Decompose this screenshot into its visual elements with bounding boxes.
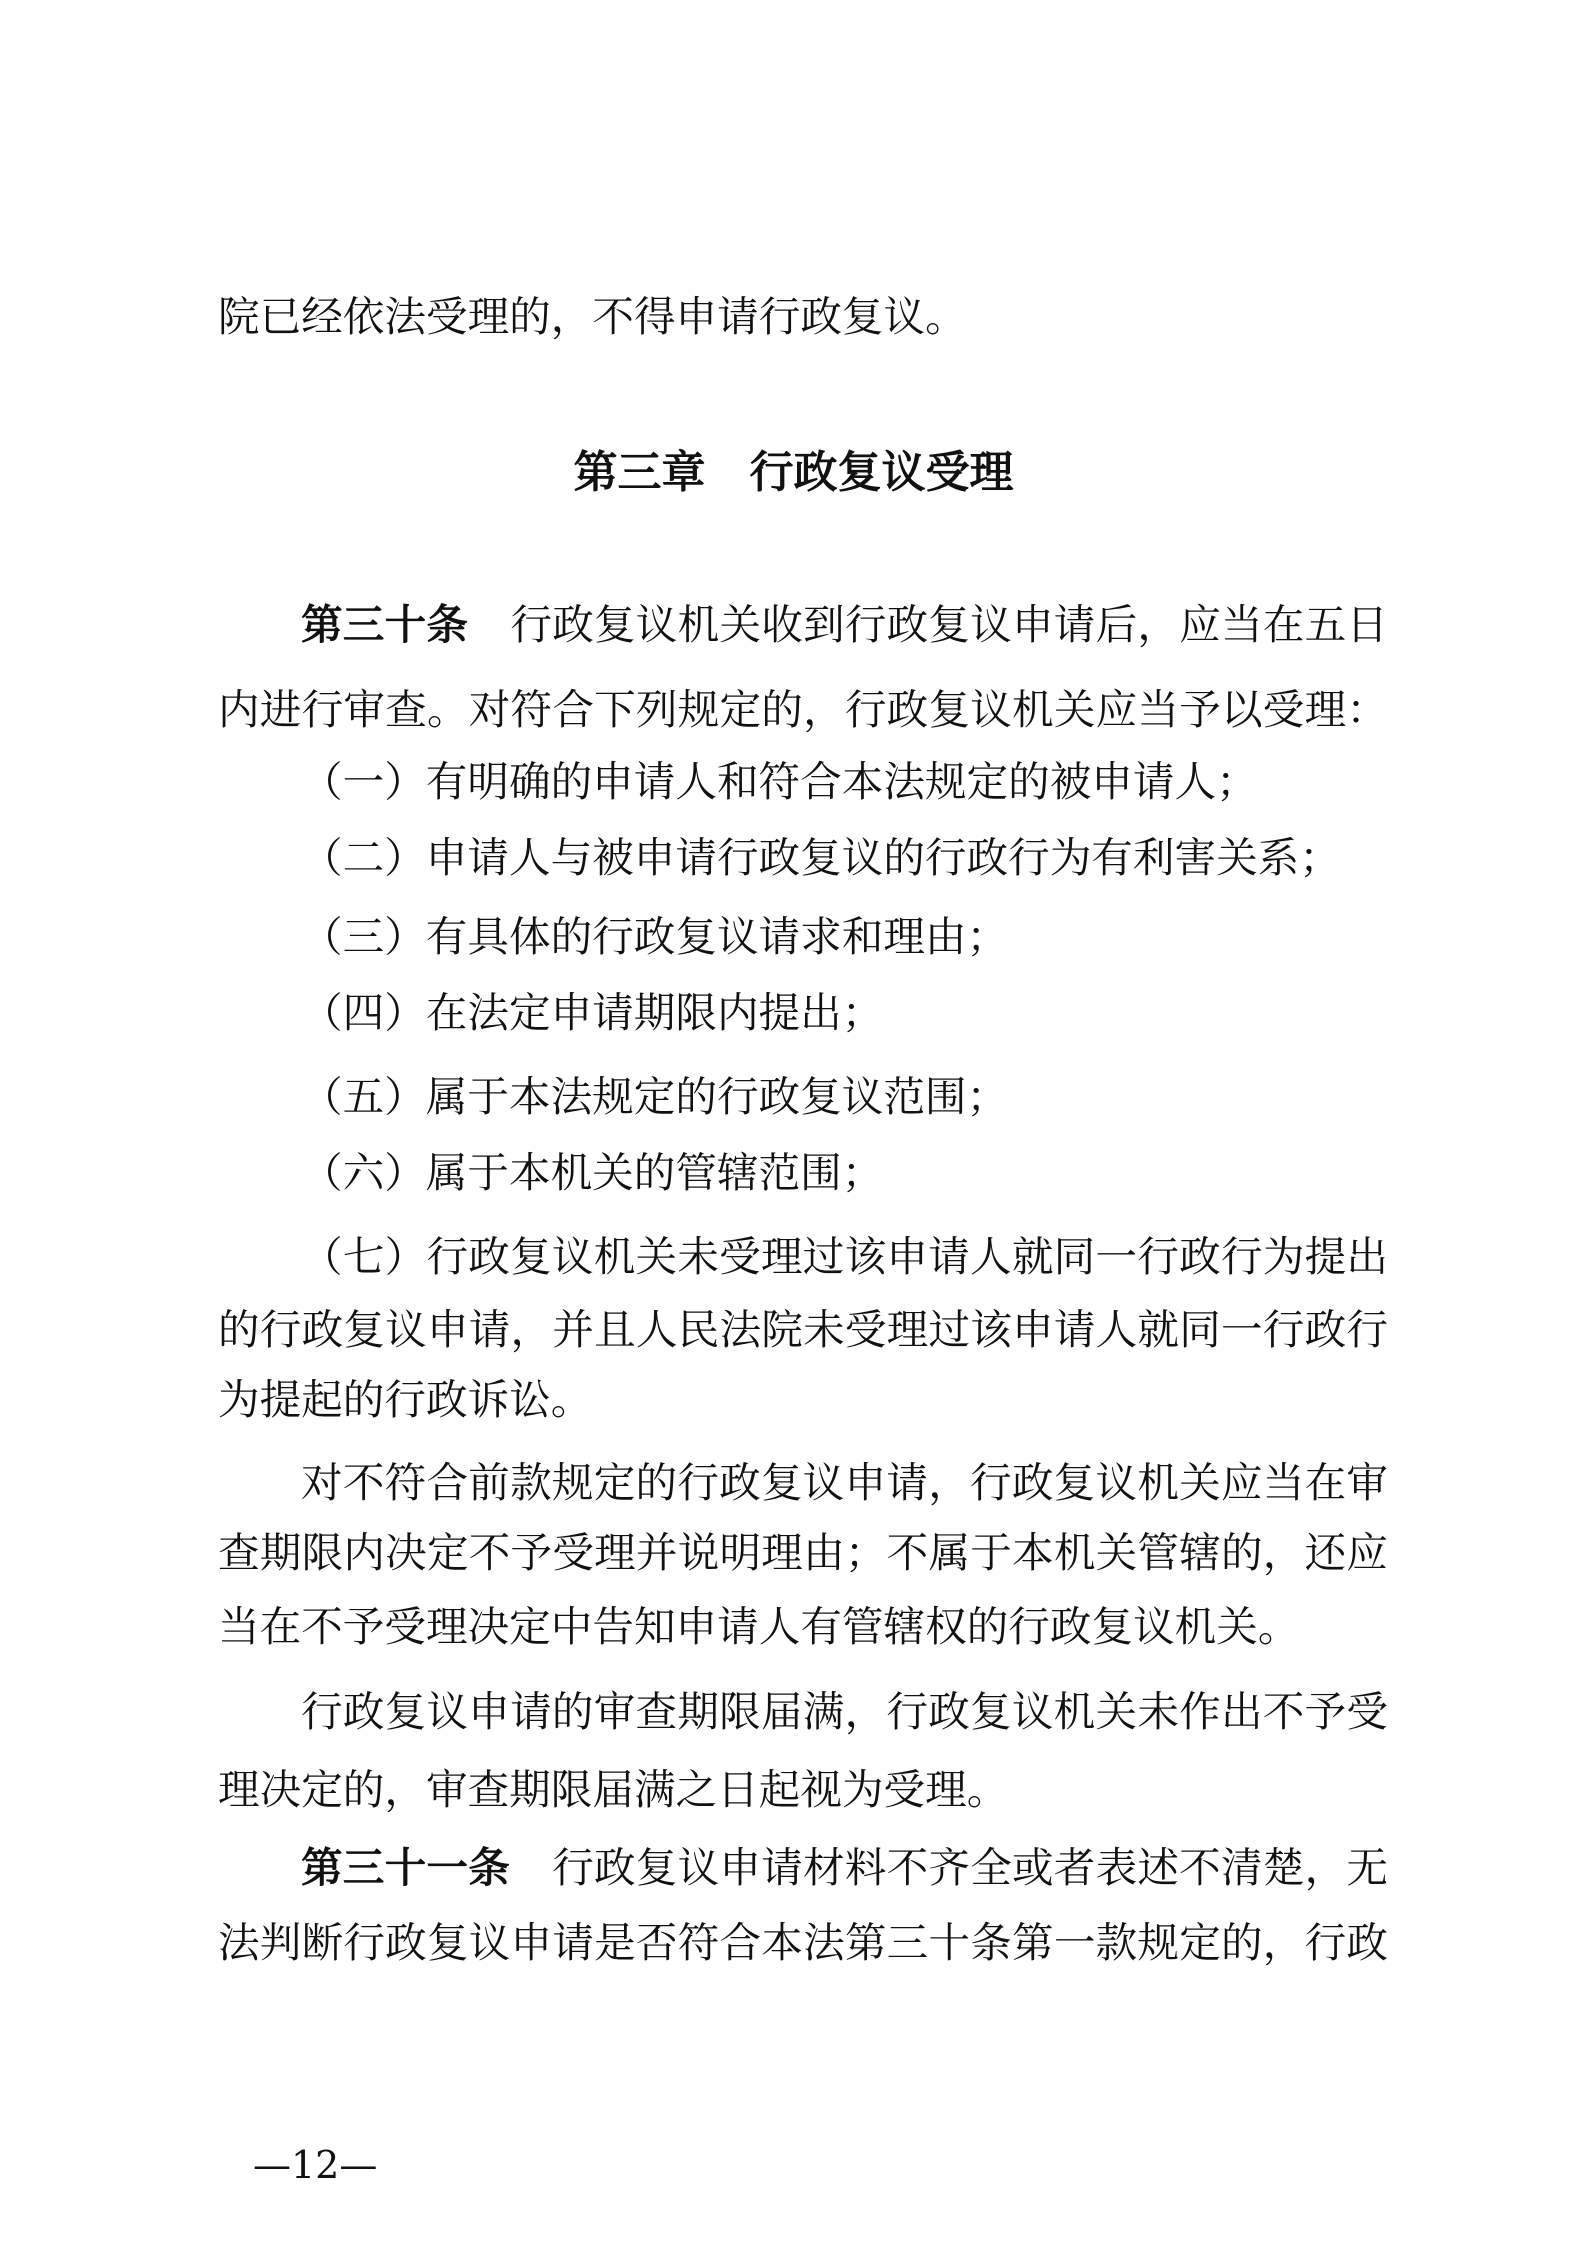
list-item-4: （四）在法定申请期限内提出； (218, 988, 1388, 1038)
article-31-label: 第三十一条 (301, 1843, 510, 1892)
list-item-6: （六）属于本机关的管辖范围； (218, 1148, 1388, 1198)
article-30-label: 第三十条 (301, 600, 468, 649)
paragraph-3-line-1: 行政复议申请的审查期限届满，行政复议机关未作出不予受 (218, 1687, 1388, 1737)
list-item-7-line-1: （七）行政复议机关未受理过该申请人就同一行政行为提出 (218, 1232, 1388, 1282)
chapter-heading: 第三章行政复议受理 (0, 448, 1587, 498)
article-31-text: 行政复议申请材料不齐全或者表述不清楚，无 (552, 1843, 1388, 1892)
continuation-line: 院已经依法受理的，不得申请行政复议。 (218, 292, 1388, 342)
list-item-7-line-3: 为提起的行政诉讼。 (218, 1375, 1388, 1425)
list-item-7-line-2: 的行政复议申请，并且人民法院未受理过该申请人就同一行政行 (218, 1305, 1388, 1355)
article-31-first-line: 第三十一条行政复议申请材料不齐全或者表述不清楚，无 (218, 1843, 1388, 1893)
document-page: 院已经依法受理的，不得申请行政复议。 第三章行政复议受理 第三十条行政复议机关收… (0, 0, 1587, 2245)
list-item-1: （一）有明确的申请人和符合本法规定的被申请人； (218, 757, 1388, 807)
article-30-text: 行政复议机关收到行政复议申请后，应当在五日 (510, 600, 1388, 649)
list-item-2: （二）申请人与被申请行政复议的行政行为有利害关系； (218, 833, 1388, 883)
list-item-3: （三）有具体的行政复议请求和理由； (218, 912, 1388, 962)
page-number: —12— (253, 2140, 377, 2190)
paragraph-2-line-3: 当在不予受理决定中告知申请人有管辖权的行政复议机关。 (218, 1602, 1388, 1652)
list-item-5: （五）属于本法规定的行政复议范围； (218, 1072, 1388, 1122)
article-31-line-2: 法判断行政复议申请是否符合本法第三十条第一款规定的，行政 (218, 1918, 1388, 1968)
paragraph-3-line-2: 理决定的，审查期限届满之日起视为受理。 (218, 1765, 1388, 1815)
article-30-first-line: 第三十条行政复议机关收到行政复议申请后，应当在五日 (218, 600, 1388, 650)
chapter-number: 第三章 (574, 447, 706, 498)
article-30-line-2: 内进行审查。对符合下列规定的，行政复议机关应当予以受理： (218, 685, 1388, 735)
chapter-title: 行政复议受理 (750, 447, 1014, 498)
paragraph-2-line-2: 查期限内决定不予受理并说明理由；不属于本机关管辖的，还应 (218, 1528, 1388, 1578)
paragraph-2-line-1: 对不符合前款规定的行政复议申请，行政复议机关应当在审 (218, 1458, 1388, 1508)
